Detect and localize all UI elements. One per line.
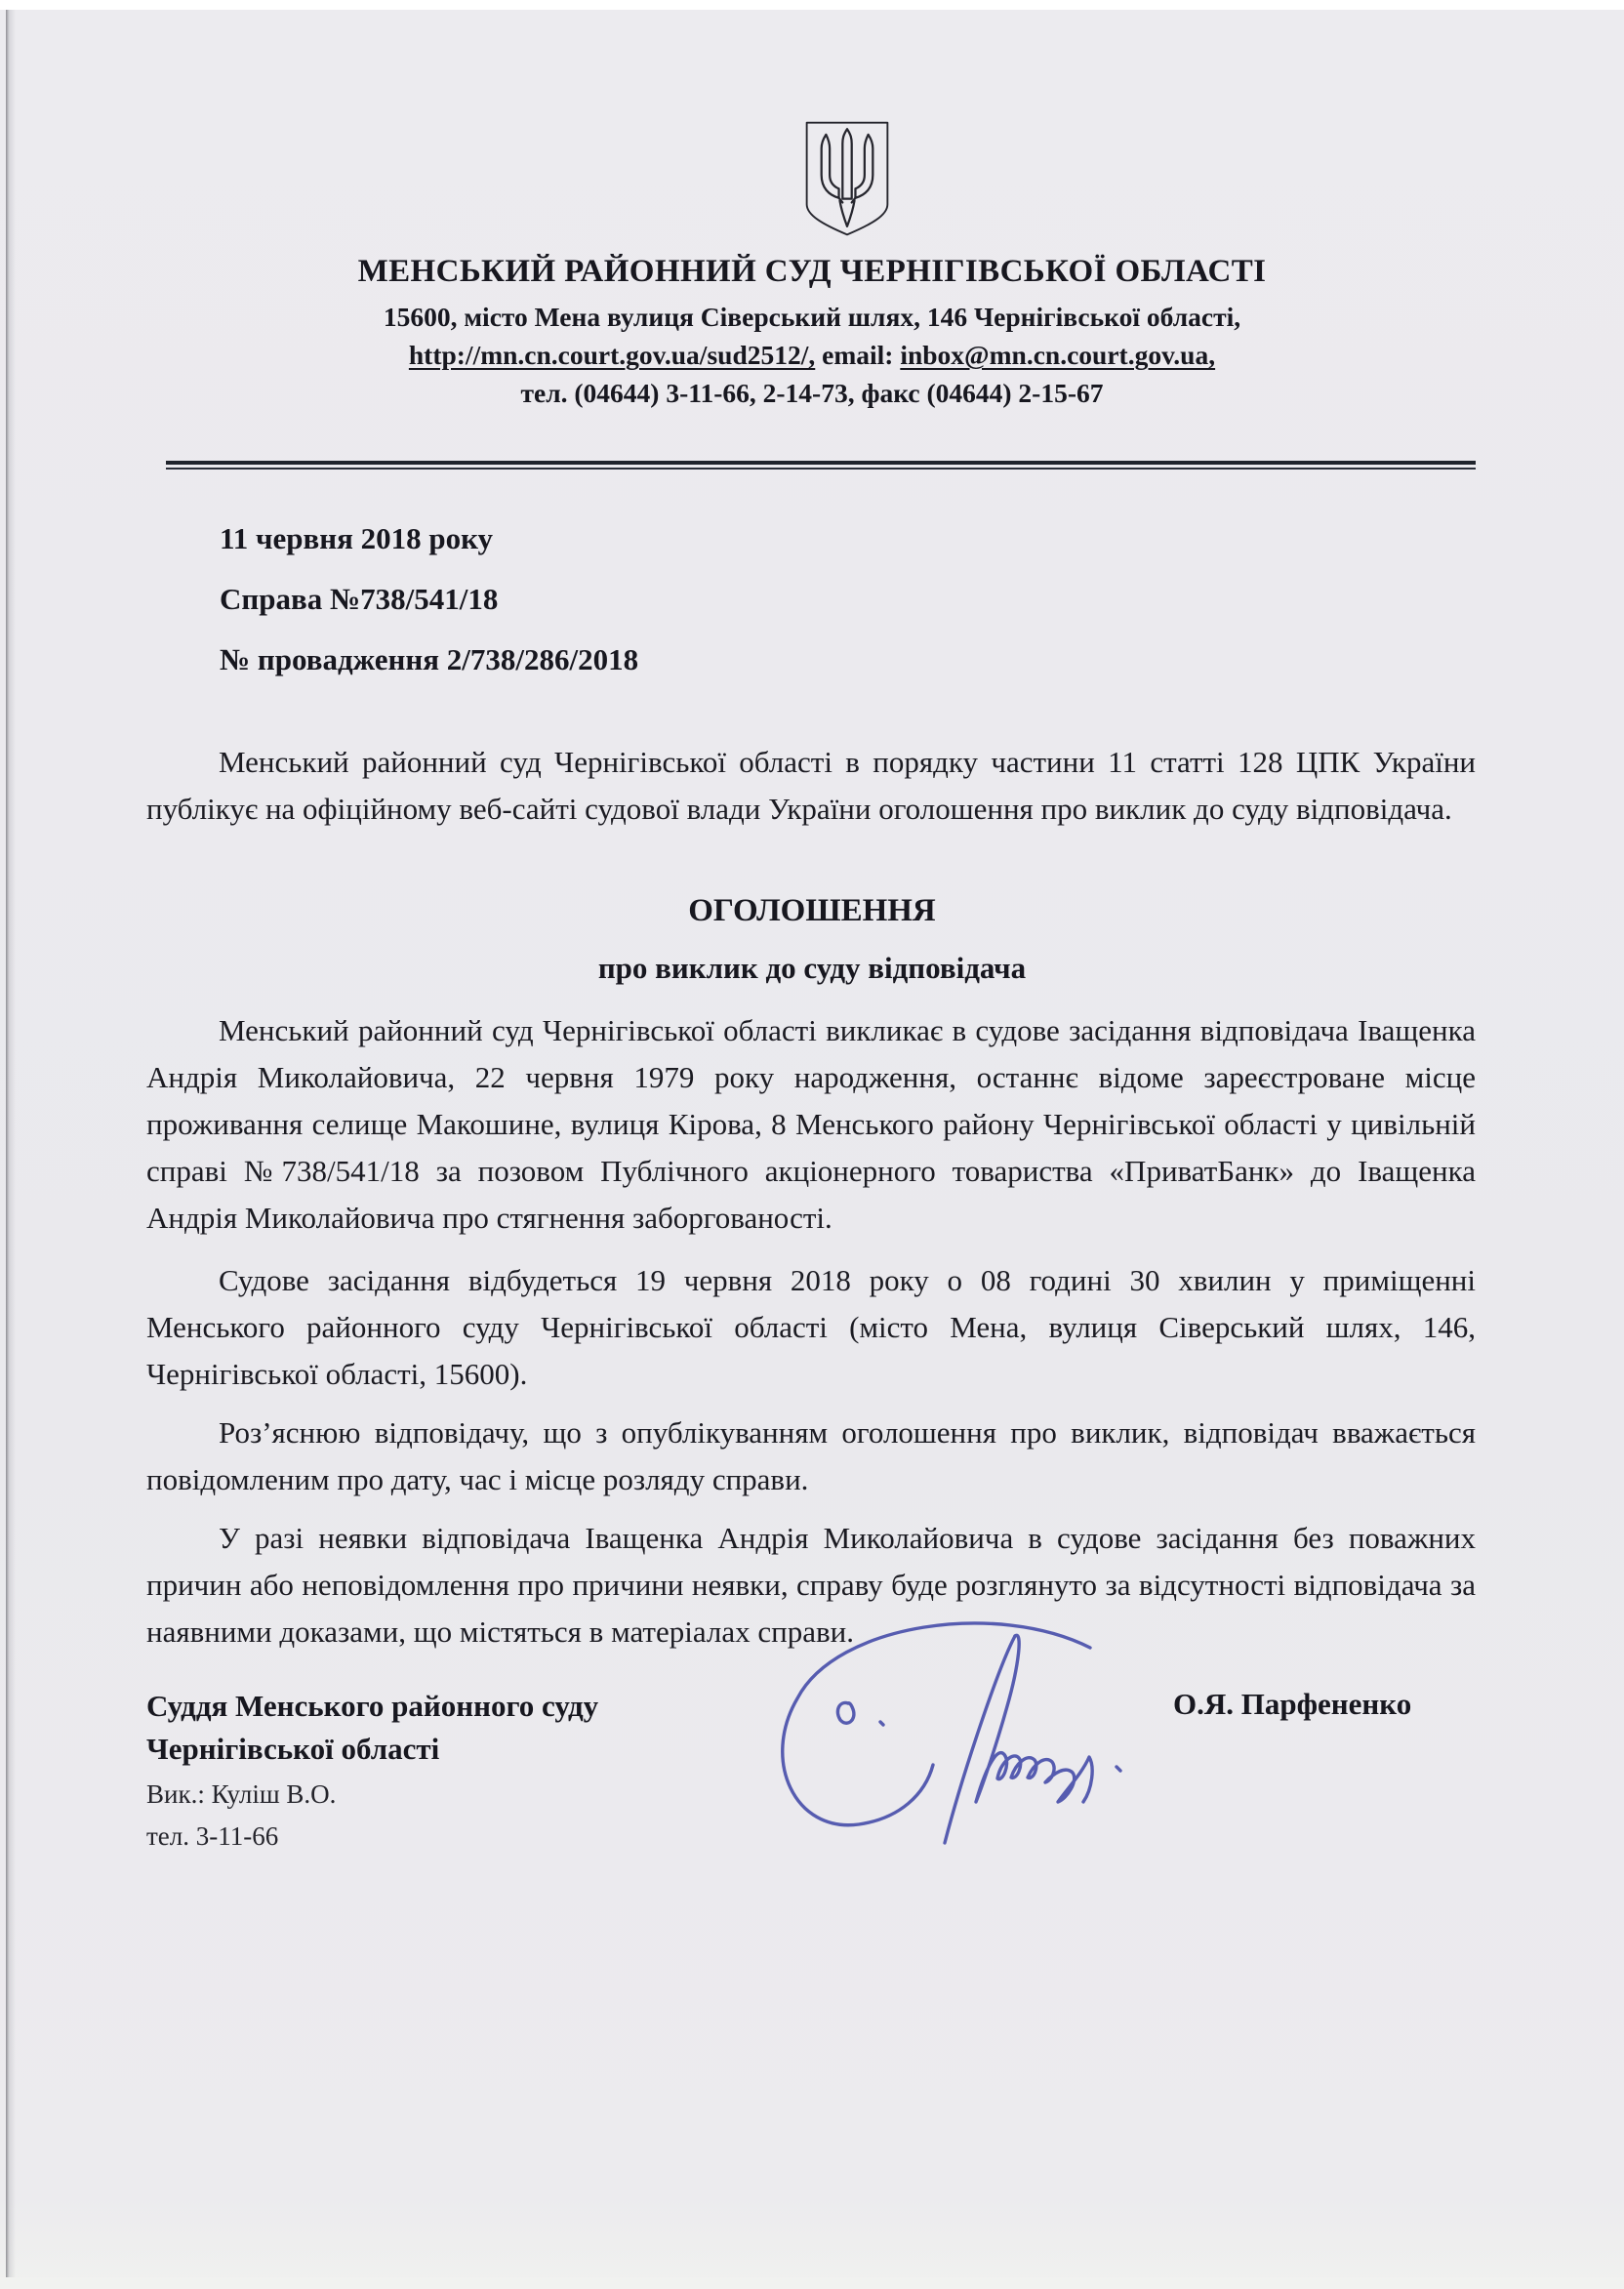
court-address: 15600, місто Мена вулиця Сіверський шлях… — [0, 298, 1624, 336]
court-name: МЕНСЬКИЙ РАЙОННИЙ СУД ЧЕРНІГІВСЬКОЇ ОБЛА… — [0, 254, 1624, 290]
judge-title-line: Чернігівської області — [146, 1728, 598, 1771]
document-date: 11 червня 2018 року — [220, 509, 1478, 569]
judge-title-line: Суддя Менського районного суду — [146, 1685, 598, 1728]
executor-phone: тел. 3-11-66 — [146, 1819, 598, 1855]
executor-line: Вик.: Куліш В.О. — [146, 1777, 598, 1813]
ukraine-trident-emblem-icon — [801, 119, 893, 238]
announcement-paragraph: Судове засідання відбудеться 19 червня 2… — [146, 1257, 1476, 1398]
case-number: Справа №738/541/18 — [220, 569, 1478, 630]
case-info: 11 червня 2018 року Справа №738/541/18 №… — [220, 509, 1478, 690]
announcement-paragraph: Менський районний суд Чернігівської обла… — [146, 1007, 1476, 1242]
paper-sheet: МЕНСЬКИЙ РАЙОННИЙ СУД ЧЕРНІГІВСЬКОЇ ОБЛА… — [0, 10, 1624, 2289]
letterhead-contact: 15600, місто Мена вулиця Сіверський шлях… — [0, 298, 1624, 412]
court-phone-line: тел. (04644) 3-11-66, 2-14-73, факс (046… — [0, 374, 1624, 412]
court-website-link: http://mn.cn.court.gov.ua/sud2512/, — [409, 340, 815, 370]
handwritten-signature — [753, 1601, 1154, 1894]
letterhead-divider — [166, 461, 1476, 470]
judge-name: О.Я. Парфененко — [1173, 1687, 1411, 1722]
announcement-subtitle: про виклик до суду відповідача — [0, 951, 1624, 986]
announcement-title: ОГОЛОШЕННЯ — [0, 893, 1624, 929]
court-email-link: inbox@mn.cn.court.gov.ua, — [900, 340, 1215, 370]
court-web-email-line: http://mn.cn.court.gov.ua/sud2512/, emai… — [0, 336, 1624, 374]
judge-title-block: Суддя Менського районного суду Чернігівс… — [146, 1685, 598, 1855]
intro-paragraph: Менський районний суд Чернігівської обла… — [146, 739, 1476, 833]
scanned-document: МЕНСЬКИЙ РАЙОННИЙ СУД ЧЕРНІГІВСЬКОЇ ОБЛА… — [0, 0, 1624, 2289]
proceeding-number: № провадження 2/738/286/2018 — [220, 630, 1478, 690]
announcement-paragraph: Роз’яснюю відповідачу, що з опублікуванн… — [146, 1410, 1476, 1503]
email-label: email: — [822, 340, 893, 370]
signature-block: Суддя Менського районного суду Чернігівс… — [146, 1685, 1476, 1939]
